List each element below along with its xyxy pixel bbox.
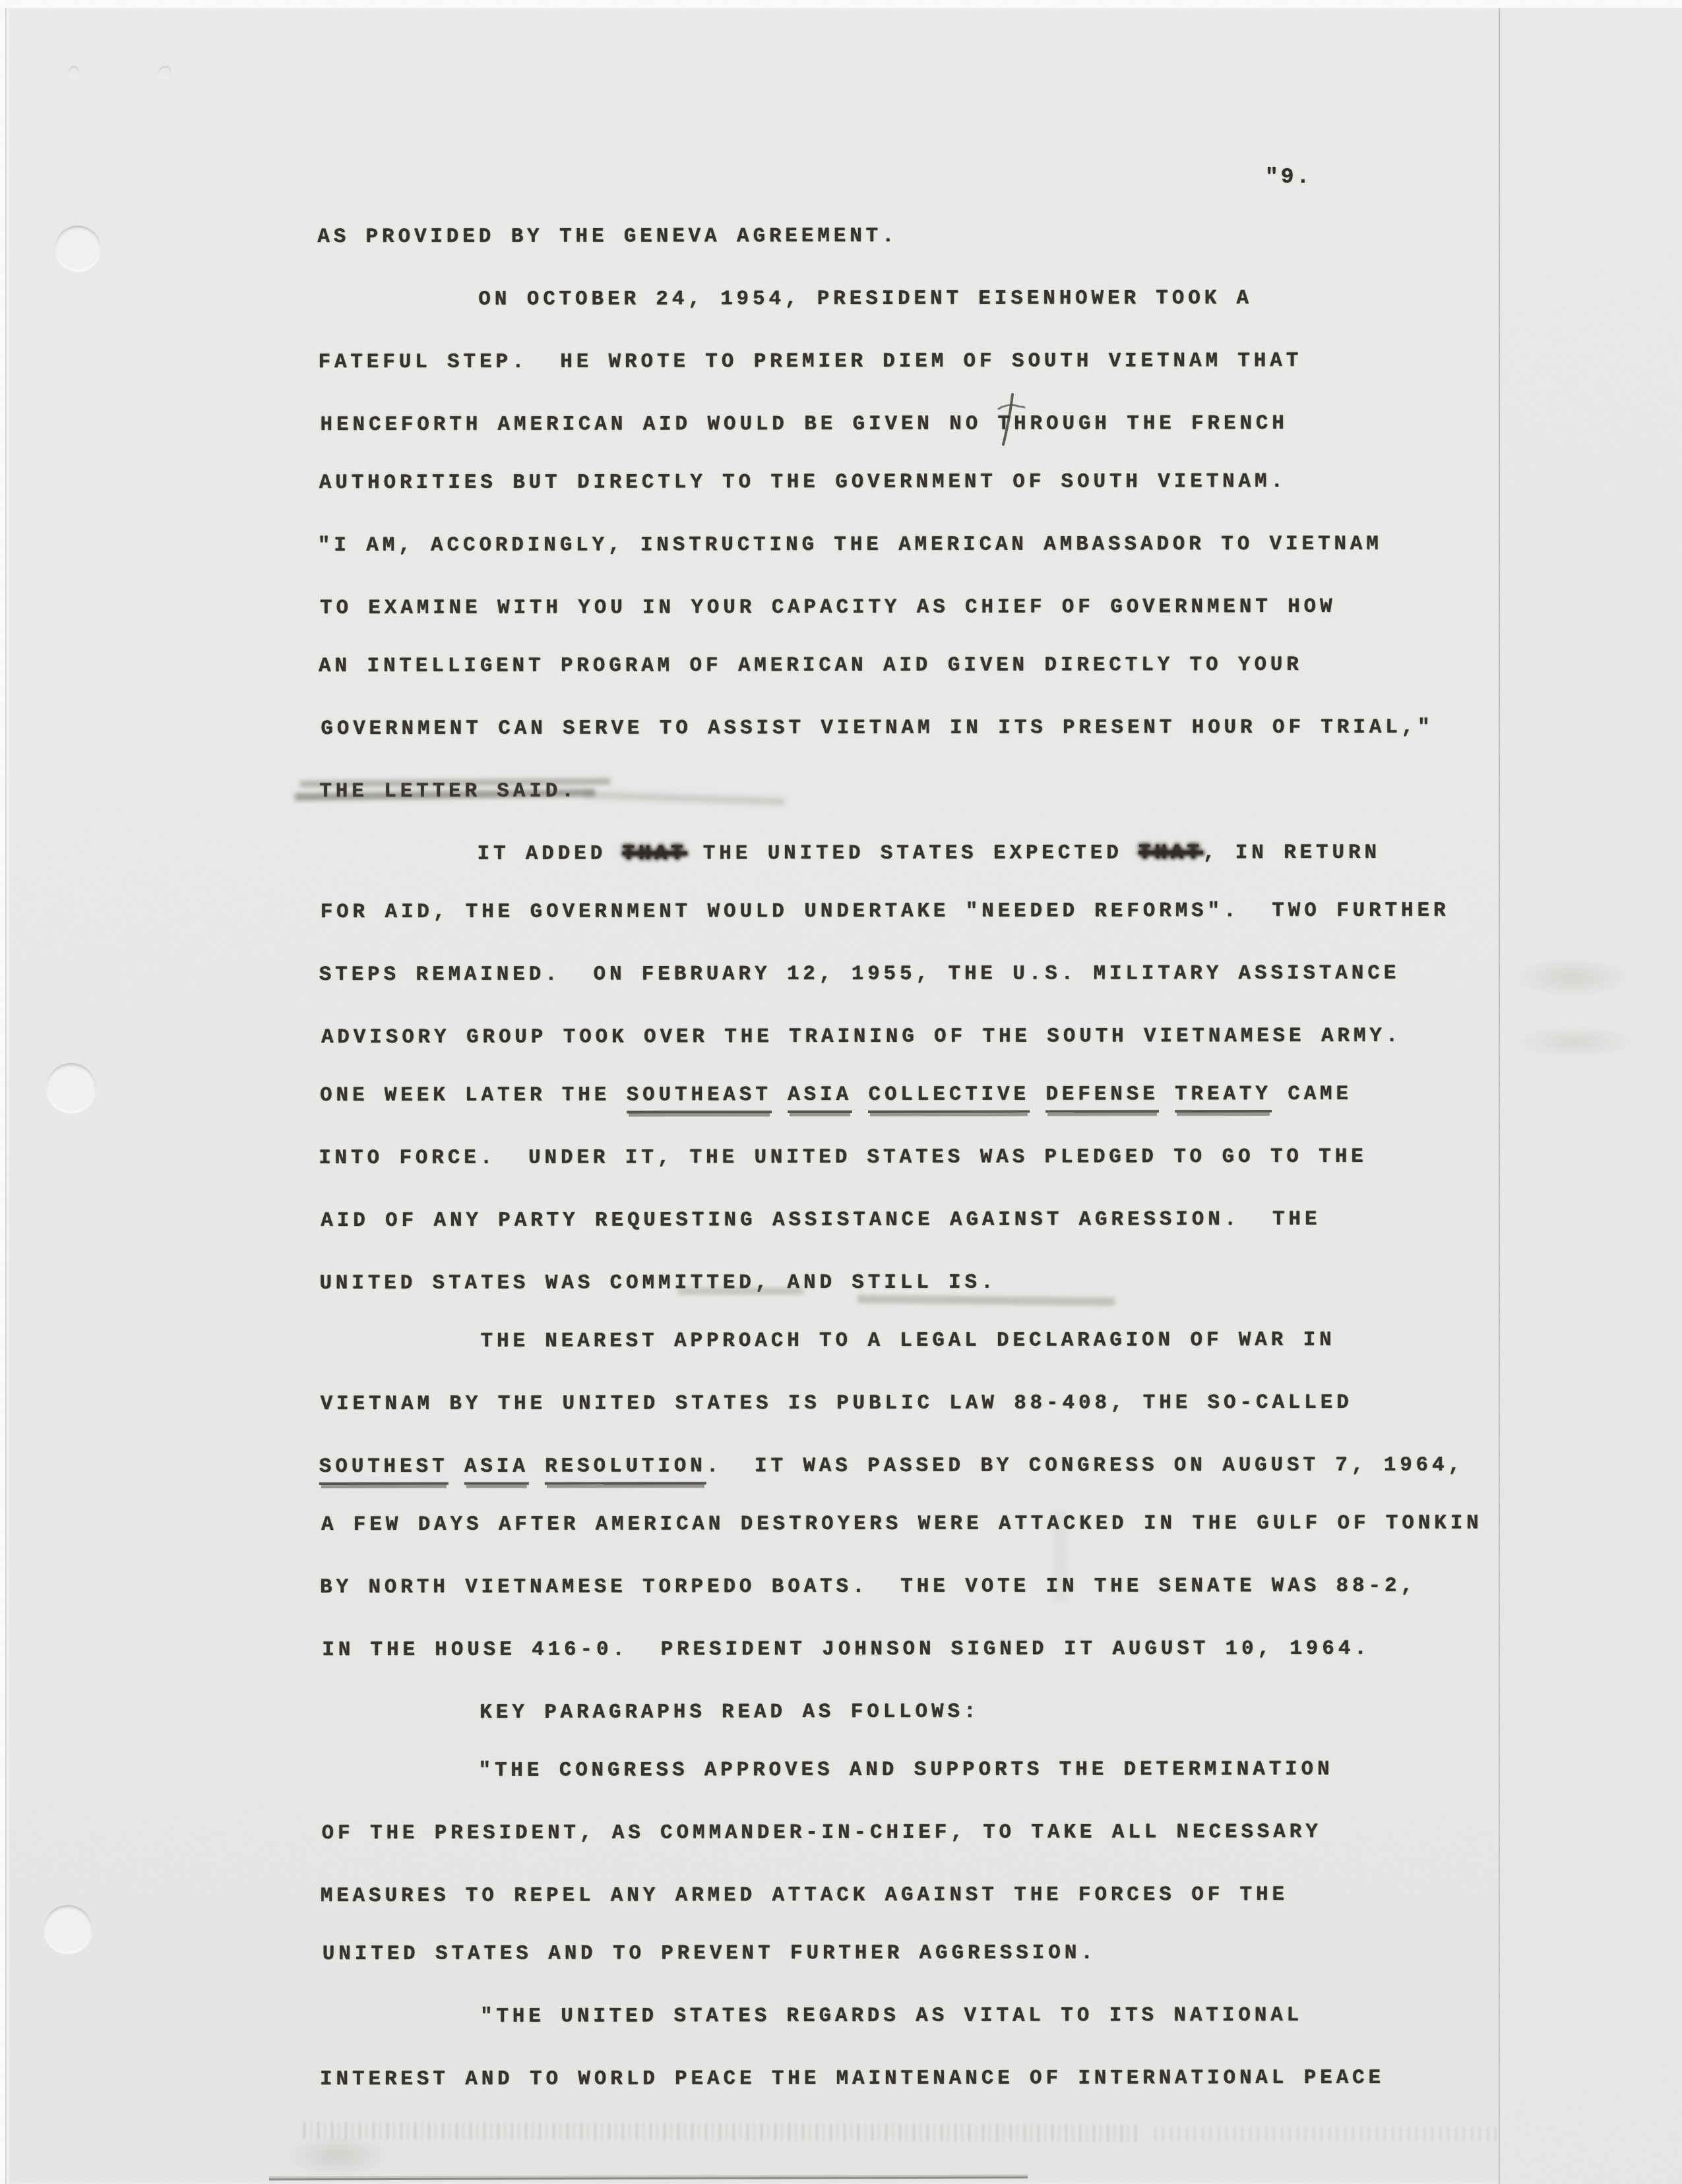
text-segment: IT ADDED xyxy=(477,842,622,865)
text-line: BY NORTH VIETNAMESE TORPEDO BOATS. THE V… xyxy=(320,1575,1417,1600)
text-line: STEPS REMAINED. ON FEBRUARY 12, 1955, TH… xyxy=(319,962,1400,987)
text-segment: VIETNAM BY THE UNITED STATES IS PUBLIC L… xyxy=(321,1391,1353,1416)
text-segment: CAME xyxy=(1272,1083,1352,1106)
document-body: AS PROVIDED BY THE GENEVA AGREEMENT.ON O… xyxy=(0,0,1682,2184)
text-line: MEASURES TO REPEL ANY ARMED ATTACK AGAIN… xyxy=(321,1883,1288,1908)
text-segment: IN THE HOUSE 416-0. PRESIDENT JOHNSON SI… xyxy=(322,1637,1371,1662)
text-segment xyxy=(772,1083,788,1107)
text-segment-underline: RESOLUTION xyxy=(545,1455,706,1484)
text-segment: AID OF ANY PARTY REQUESTING ASSISTANCE A… xyxy=(321,1208,1321,1232)
text-segment xyxy=(1159,1083,1175,1106)
text-segment: "THE CONGRESS APPROVES AND SUPPORTS THE … xyxy=(478,1758,1333,1782)
text-segment: . IT WAS PASSED BY CONGRESS ON AUGUST 7,… xyxy=(706,1454,1464,1478)
text-segment: UNITED STATES WAS COMMITTED, AND STILL I… xyxy=(319,1271,997,1295)
text-segment: OF THE PRESIDENT, AS COMMANDER-IN-CHIEF,… xyxy=(322,1821,1322,1845)
text-line: "THE CONGRESS APPROVES AND SUPPORTS THE … xyxy=(478,1758,1333,1783)
text-segment: ONE WEEK LATER THE xyxy=(320,1083,627,1107)
text-line: "I AM, ACCORDINGLY, INSTRUCTING THE AMER… xyxy=(318,533,1383,558)
text-segment: INTEREST AND TO WORLD PEACE THE MAINTENA… xyxy=(320,2067,1385,2091)
text-segment xyxy=(448,1455,464,1478)
text-line: KEY PARAGRAPHS READ AS FOLLOWS: xyxy=(480,1701,980,1725)
handwritten-insert-mark xyxy=(995,392,1026,447)
text-line: AUTHORITIES BUT DIRECTLY TO THE GOVERNME… xyxy=(319,470,1287,495)
text-line: ONE WEEK LATER THE SOUTHEAST ASIA COLLEC… xyxy=(320,1083,1352,1108)
text-segment-underline: SOUTHEAST xyxy=(627,1083,772,1113)
text-line: THE LETTER SAID. xyxy=(319,780,577,804)
text-line: FOR AID, THE GOVERNMENT WOULD UNDERTAKE … xyxy=(321,899,1450,925)
text-segment: , IN RETURN xyxy=(1203,841,1381,864)
text-line: IT ADDED THAT THE UNITED STATES EXPECTED… xyxy=(477,841,1380,866)
scanned-document-screenshot: "9. AS PROVIDED BY THE GENEVA AGREEMENT.… xyxy=(0,0,1682,2184)
text-line: SOUTHEST ASIA RESOLUTION. IT WAS PASSED … xyxy=(319,1454,1464,1479)
text-line: THE NEAREST APPROACH TO A LEGAL DECLARAG… xyxy=(481,1329,1336,1354)
text-line: VIETNAM BY THE UNITED STATES IS PUBLIC L… xyxy=(321,1391,1353,1416)
text-segment-underline: DEFENSE xyxy=(1045,1083,1158,1112)
text-line: INTO FORCE. UNDER IT, THE UNITED STATES … xyxy=(319,1145,1367,1170)
text-line: IN THE HOUSE 416-0. PRESIDENT JOHNSON SI… xyxy=(322,1637,1371,1662)
text-line: A FEW DAYS AFTER AMERICAN DESTROYERS WER… xyxy=(321,1512,1483,1537)
text-segment: THE UNITED STATES EXPECTED xyxy=(687,841,1138,865)
text-line: AS PROVIDED BY THE GENEVA AGREEMENT. xyxy=(317,225,898,249)
text-segment: FATEFUL STEP. HE WROTE TO PREMIER DIEM O… xyxy=(318,349,1302,374)
text-segment: STEPS REMAINED. ON FEBRUARY 12, 1955, TH… xyxy=(319,962,1400,986)
text-segment: A FEW DAYS AFTER AMERICAN DESTROYERS WER… xyxy=(321,1512,1483,1536)
text-line: AN INTELLIGENT PROGRAM OF AMERICAN AID G… xyxy=(319,653,1303,679)
text-segment: THE LETTER SAID. xyxy=(319,780,577,804)
text-segment: AS PROVIDED BY THE GENEVA AGREEMENT. xyxy=(317,225,898,249)
text-line: ON OCTOBER 24, 1954, PRESIDENT EISENHOWE… xyxy=(478,287,1253,312)
text-segment: TO EXAMINE WITH YOU IN YOUR CAPACITY AS … xyxy=(320,595,1336,620)
text-segment: "I AM, ACCORDINGLY, INSTRUCTING THE AMER… xyxy=(318,533,1383,557)
text-segment: HENCEFORTH AMERICAN AID WOULD BE GIVEN N… xyxy=(321,412,1288,437)
text-segment: BY NORTH VIETNAMESE TORPEDO BOATS. THE V… xyxy=(320,1575,1417,1599)
text-segment: GOVERNMENT CAN SERVE TO ASSIST VIETNAM I… xyxy=(321,716,1433,741)
text-segment-scribble: THAT xyxy=(623,842,687,865)
text-segment: ON OCTOBER 24, 1954, PRESIDENT EISENHOWE… xyxy=(478,287,1253,311)
text-line: ADVISORY GROUP TOOK OVER THE TRAINING OF… xyxy=(321,1025,1402,1050)
text-segment: ADVISORY GROUP TOOK OVER THE TRAINING OF… xyxy=(321,1025,1402,1049)
text-line: INTEREST AND TO WORLD PEACE THE MAINTENA… xyxy=(320,2067,1385,2092)
text-line: GOVERNMENT CAN SERVE TO ASSIST VIETNAM I… xyxy=(321,716,1433,741)
text-line: HENCEFORTH AMERICAN AID WOULD BE GIVEN N… xyxy=(321,412,1288,437)
text-segment xyxy=(1030,1083,1046,1107)
text-segment: "THE UNITED STATES REGARDS AS VITAL TO I… xyxy=(480,2004,1303,2028)
text-line: TO EXAMINE WITH YOU IN YOUR CAPACITY AS … xyxy=(320,595,1336,621)
text-segment: UNITED STATES AND TO PREVENT FURTHER AGG… xyxy=(323,1941,1097,1966)
text-segment: INTO FORCE. UNDER IT, THE UNITED STATES … xyxy=(319,1145,1367,1170)
text-segment: MEASURES TO REPEL ANY ARMED ATTACK AGAIN… xyxy=(321,1883,1288,1908)
text-line: OF THE PRESIDENT, AS COMMANDER-IN-CHIEF,… xyxy=(322,1821,1322,1846)
text-segment-underline: COLLECTIVE xyxy=(868,1083,1030,1113)
text-segment-underline: ASIA xyxy=(788,1083,852,1113)
text-segment-underline: SOUTHEST xyxy=(319,1455,449,1485)
text-segment-scribble: THAT xyxy=(1138,841,1203,864)
text-segment xyxy=(529,1455,545,1478)
text-line: AID OF ANY PARTY REQUESTING ASSISTANCE A… xyxy=(321,1208,1321,1233)
text-segment: KEY PARAGRAPHS READ AS FOLLOWS: xyxy=(480,1701,980,1724)
text-segment-underline: ASIA xyxy=(464,1455,529,1485)
text-segment xyxy=(852,1083,869,1107)
text-line: UNITED STATES AND TO PREVENT FURTHER AGG… xyxy=(323,1941,1097,1966)
text-line: UNITED STATES WAS COMMITTED, AND STILL I… xyxy=(319,1271,997,1296)
text-segment: AN INTELLIGENT PROGRAM OF AMERICAN AID G… xyxy=(319,653,1303,678)
text-segment: AUTHORITIES BUT DIRECTLY TO THE GOVERNME… xyxy=(319,470,1287,495)
text-segment-underline: TREATY xyxy=(1175,1083,1272,1112)
text-segment: THE NEAREST APPROACH TO A LEGAL DECLARAG… xyxy=(481,1329,1336,1353)
text-line: FATEFUL STEP. HE WROTE TO PREMIER DIEM O… xyxy=(318,349,1302,375)
text-line: "THE UNITED STATES REGARDS AS VITAL TO I… xyxy=(480,2004,1303,2029)
text-segment: FOR AID, THE GOVERNMENT WOULD UNDERTAKE … xyxy=(321,899,1450,924)
